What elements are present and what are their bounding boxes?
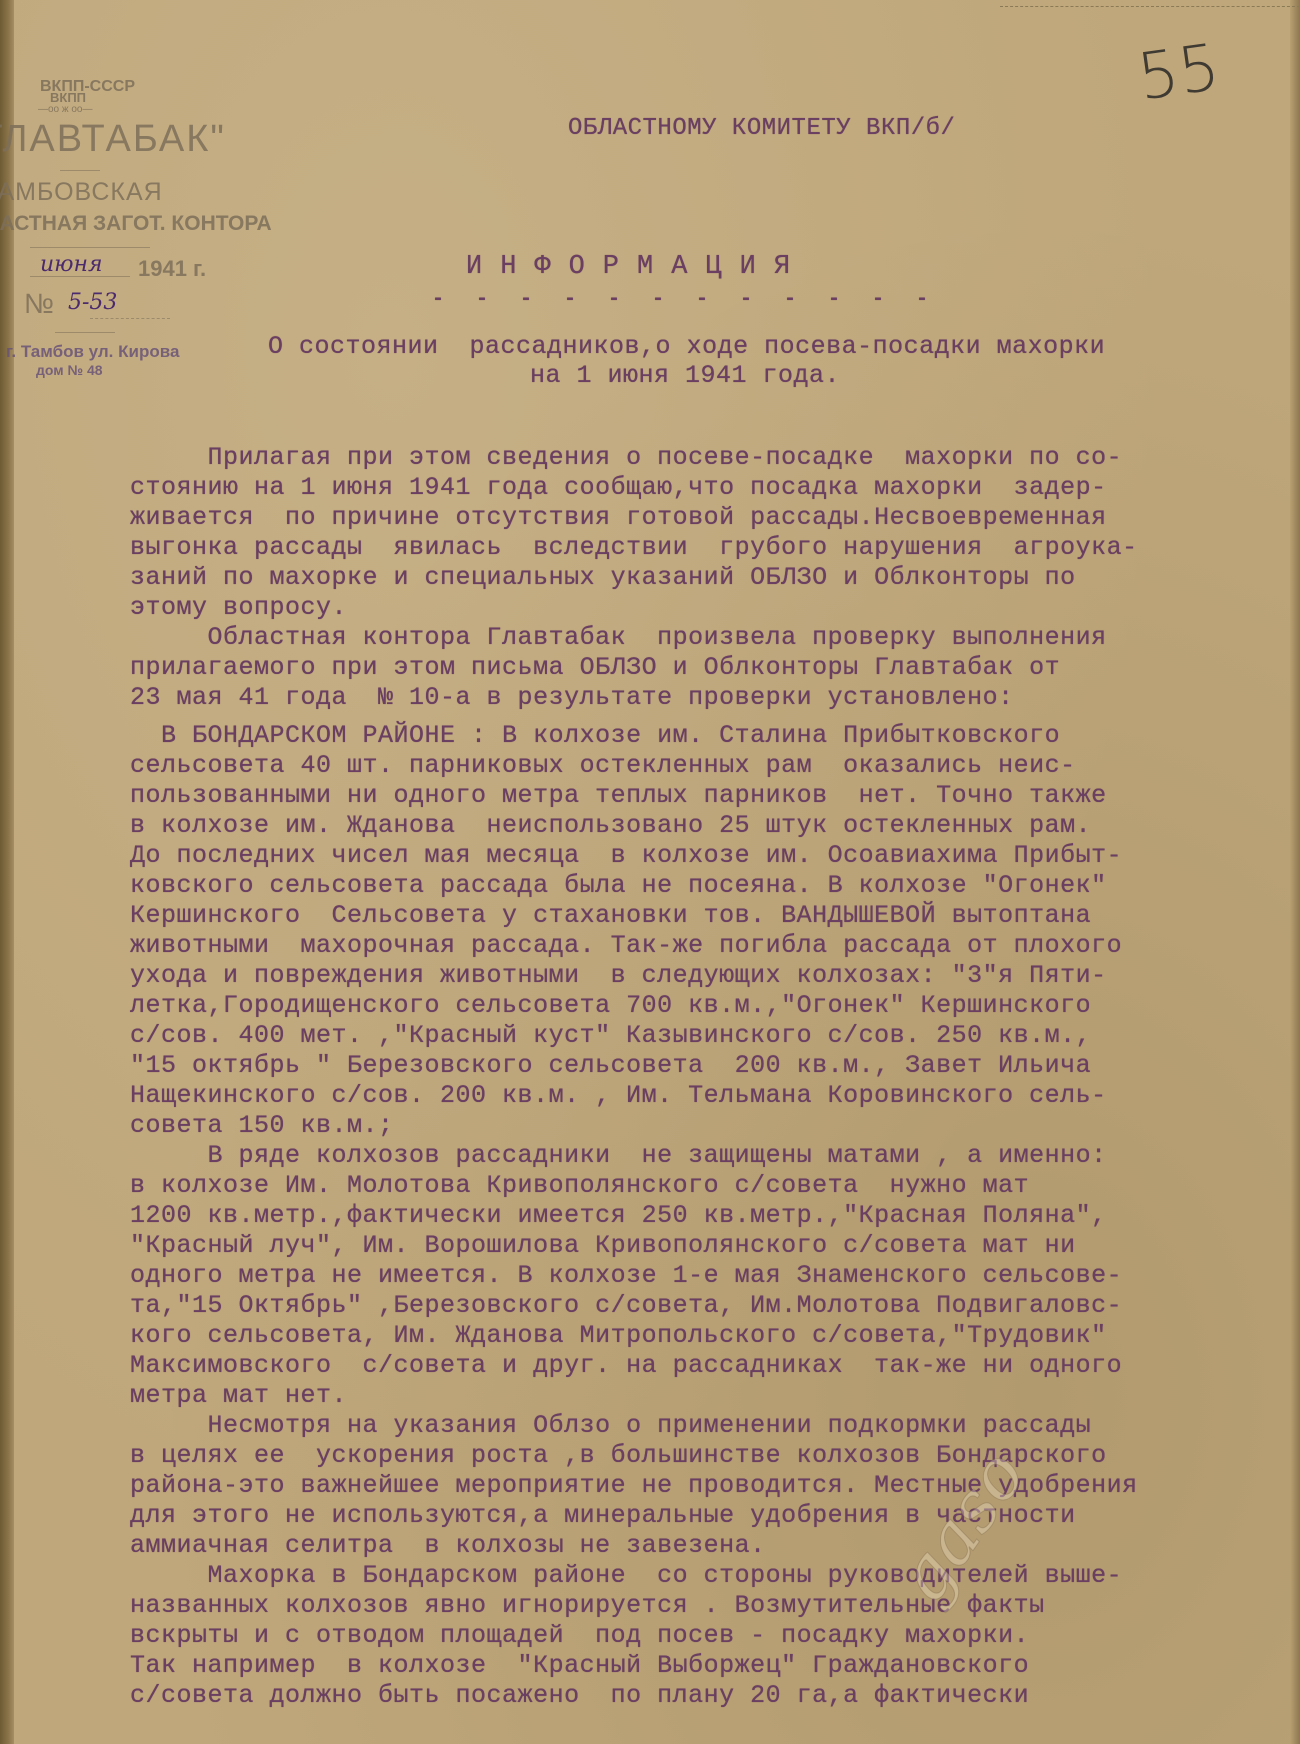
body-line: с/сов. 400 мет. ,"Красный куст" Казывинс…	[130, 1021, 1091, 1051]
body-line: "15 октябрь " Березовского сельсовета 20…	[130, 1051, 1091, 1081]
body-line: сельсовета 40 шт. парниковых остекленных…	[130, 751, 1076, 781]
stamp-divider	[60, 170, 100, 171]
document-page: ВКПП-СССР ВКПП —оо ж оо— ГЛАВТАБАК" ТАМБ…	[0, 0, 1300, 1744]
handwritten-number: 5-53	[68, 290, 117, 315]
body-line: заний по махорке и специальных указаний …	[130, 563, 1076, 593]
body-line: В ряде колхозов рассадники не защищены м…	[130, 1141, 1107, 1171]
body-line: живается по причине отсутствия готовой р…	[130, 503, 1107, 533]
subtitle-line-1: О состоянии рассадников,о ходе посева-по…	[268, 332, 1105, 362]
body-line: 23 мая 41 года № 10-а в результате прове…	[130, 683, 1014, 713]
stamp-date-underline	[30, 276, 130, 277]
body-line: летка,Городищенского сельсовета 700 кв.м…	[130, 991, 1091, 1021]
body-line: кого сельсовета, Им. Жданова Митропольск…	[130, 1321, 1107, 1351]
body-line: Так например в колхозе "Красный Выборжец…	[130, 1651, 1029, 1681]
body-line: метра мат нет.	[130, 1381, 347, 1411]
body-line: совета 150 кв.м.;	[130, 1111, 394, 1141]
body-line: выгонка рассады явилась вследствии грубо…	[130, 533, 1138, 563]
body-line: Несмотря на указания Облзо о применении …	[130, 1411, 1091, 1441]
body-line: 1200 кв.метр.,фактически имеется 250 кв.…	[130, 1201, 1107, 1231]
stamp-org-line3: —оо ж оо—	[38, 104, 93, 115]
body-line: Максимовского с/совета и друг. на рассад…	[130, 1351, 1122, 1381]
body-line: ковского сельсовета рассада была не посе…	[130, 871, 1107, 901]
stamp-divider	[30, 247, 150, 248]
body-line: пользованными ни одного метра теплых пар…	[130, 781, 1107, 811]
stamp-year: 1941 г.	[138, 256, 206, 282]
body-line-district-heading: В БОНДАРСКОМ РАЙОНЕ : В колхозе им. Стал…	[130, 721, 1060, 751]
body-line: в колхозе им. Жданова неиспользовано 25 …	[130, 811, 1091, 841]
title-underline: - - - - - - - - - - - -	[432, 285, 938, 315]
body-line: в колхозе Им. Молотова Кривополянского с…	[130, 1171, 1029, 1201]
body-line: названных колхозов явно игнорируется . В…	[130, 1591, 1045, 1621]
body-line: "Красный луч", Им. Ворошилова Кривополян…	[130, 1231, 1076, 1261]
document-title: ИНФОРМАЦИЯ	[466, 252, 808, 282]
body-line: одного метра не имеется. В колхозе 1-е м…	[130, 1261, 1122, 1291]
body-line: с/совета должно быть посажено по плану 2…	[130, 1681, 1029, 1711]
stamp-address: г. Тамбов ул. Кирова	[6, 342, 179, 362]
stamp-office: ОБЛАСТНАЯ ЗАГОТ. КОНТОРА	[0, 212, 272, 236]
body-line: этому вопросу.	[130, 593, 347, 623]
stamp-address-house: дом № 48	[36, 362, 103, 378]
binding-edge	[0, 0, 14, 1744]
stitch-line	[1000, 6, 1300, 7]
stamp-divider	[55, 332, 115, 333]
addressee: ОБЛАСТНОМУ КОМИТЕТУ ВКП/б/	[568, 114, 955, 144]
body-line: Областная контора Главтабак произвела пр…	[130, 623, 1107, 653]
stamp-brand: ГЛАВТАБАК"	[0, 118, 226, 161]
body-line: Нащекинского с/сов. 200 кв.м. , Им. Тель…	[130, 1081, 1107, 1111]
stamp-number-label: №	[24, 288, 54, 320]
page-edge	[1290, 0, 1300, 1744]
body-line: животными махорочная рассада. Так-же пог…	[130, 931, 1122, 961]
body-line: стоянию на 1 июня 1941 года сообщаю,что …	[130, 473, 1107, 503]
stamp-org-line2: ВКПП	[50, 90, 86, 105]
body-line: ухода и повреждения животными в следующи…	[130, 961, 1107, 991]
folio-number: 55	[1133, 31, 1224, 116]
body-line: аммиачная селитра в колхозы не завезена.	[130, 1531, 766, 1561]
subtitle-line-2: на 1 июня 1941 года.	[530, 361, 840, 391]
body-line: прилагаемого при этом письма ОБЛЗО и Обл…	[130, 653, 1060, 683]
body-line: До последних чисел мая месяца в колхозе …	[130, 841, 1122, 871]
handwritten-month: июня	[40, 252, 103, 277]
body-line: Прилагая при этом сведения о посеве-поса…	[130, 443, 1122, 473]
body-line: та,"15 Октябрь" ,Березовского с/совета, …	[130, 1291, 1122, 1321]
stamp-region: ТАМБОВСКАЯ	[0, 178, 163, 207]
stamp-number-underline	[90, 318, 170, 319]
body-line: Кершинского Сельсовета у стахановки тов.…	[130, 901, 1091, 931]
body-line: вскрыты и с отводом площадей под посев -…	[130, 1621, 1029, 1651]
